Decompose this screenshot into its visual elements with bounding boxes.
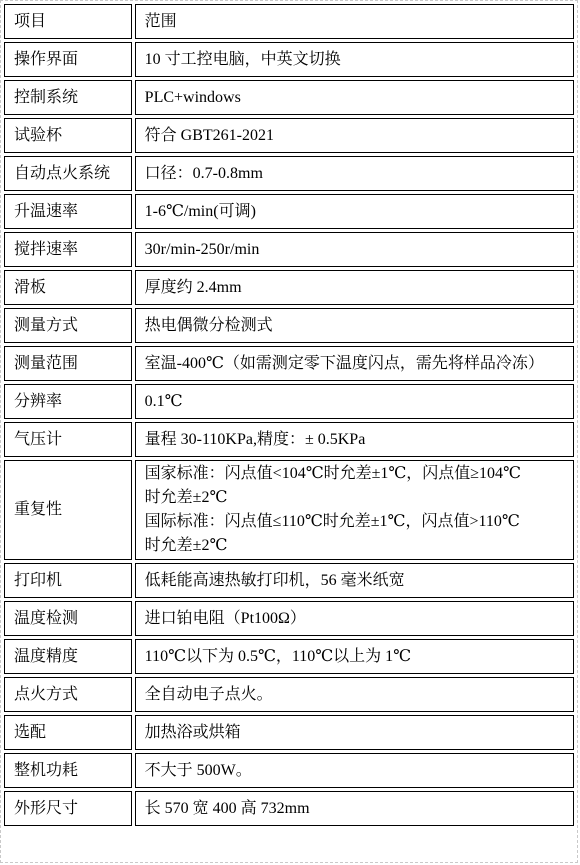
spec-value-cell: 量程 30-110KPa,精度：± 0.5KPa xyxy=(135,422,574,457)
spec-name-cell: 操作界面 xyxy=(4,42,132,77)
spec-name-cell: 打印机 xyxy=(4,563,132,598)
spec-value-cell: 10 寸工控电脑，中英文切换 xyxy=(135,42,574,77)
spec-name-cell: 整机功耗 xyxy=(4,753,132,788)
spec-name-cell: 温度检测 xyxy=(4,601,132,636)
spec-value-cell: 低耗能高速热敏打印机，56 毫米纸宽 xyxy=(135,563,574,598)
table-row: 升温速率 1-6℃/min(可调) xyxy=(4,194,574,229)
table-row: 测量方式 热电偶微分检测式 xyxy=(4,308,574,343)
spec-value-cell: 110℃以下为 0.5℃，110℃以上为 1℃ xyxy=(135,639,574,674)
table-row: 测量范围 室温-400℃（如需测定零下温度闪点，需先将样品冷冻） xyxy=(4,346,574,381)
table-row: 整机功耗 不大于 500W。 xyxy=(4,753,574,788)
table-row: 滑板 厚度约 2.4mm xyxy=(4,270,574,305)
spec-value-cell: 加热浴或烘箱 xyxy=(135,715,574,750)
spec-name-cell: 温度精度 xyxy=(4,639,132,674)
spec-value-cell: 室温-400℃（如需测定零下温度闪点，需先将样品冷冻） xyxy=(135,346,574,381)
spec-name-cell: 滑板 xyxy=(4,270,132,305)
spec-name-cell: 外形尺寸 xyxy=(4,791,132,826)
table-row: 气压计 量程 30-110KPa,精度：± 0.5KPa xyxy=(4,422,574,457)
table-row: 控制系统 PLC+windows xyxy=(4,80,574,115)
spec-value-cell: 进口铂电阻（Pt100Ω） xyxy=(135,601,574,636)
spec-name-cell: 搅拌速率 xyxy=(4,232,132,267)
spec-value-cell: 国家标准：闪点值<104℃时允差±1℃，闪点值≥104℃ 时允差±2℃ 国际标准… xyxy=(135,460,574,560)
spec-value-cell: 1-6℃/min(可调) xyxy=(135,194,574,229)
spec-name-cell: 升温速率 xyxy=(4,194,132,229)
spec-value-cell: 全自动电子点火。 xyxy=(135,677,574,712)
spec-table: 项目 范围 操作界面 10 寸工控电脑，中英文切换 控制系统 PLC+windo… xyxy=(1,1,577,829)
spec-value-cell: 厚度约 2.4mm xyxy=(135,270,574,305)
spec-value-cell: 30r/min-250r/min xyxy=(135,232,574,267)
spec-name-cell: 重复性 xyxy=(4,460,132,560)
table-row: 搅拌速率 30r/min-250r/min xyxy=(4,232,574,267)
table-row: 自动点火系统 口径：0.7-0.8mm xyxy=(4,156,574,191)
table-row: 试验杯 符合 GBT261-2021 xyxy=(4,118,574,153)
spec-name-cell: 测量范围 xyxy=(4,346,132,381)
table-row-repeatability: 重复性 国家标准：闪点值<104℃时允差±1℃，闪点值≥104℃ 时允差±2℃ … xyxy=(4,460,574,560)
spec-name-cell: 气压计 xyxy=(4,422,132,457)
spec-value-cell: 不大于 500W。 xyxy=(135,753,574,788)
table-row: 选配 加热浴或烘箱 xyxy=(4,715,574,750)
table-row: 操作界面 10 寸工控电脑，中英文切换 xyxy=(4,42,574,77)
spec-value-cell: 长 570 宽 400 高 732mm xyxy=(135,791,574,826)
spec-value-cell: 热电偶微分检测式 xyxy=(135,308,574,343)
spec-value-cell: PLC+windows xyxy=(135,80,574,115)
spec-value-cell: 0.1℃ xyxy=(135,384,574,419)
spec-name-cell: 控制系统 xyxy=(4,80,132,115)
column-header-item: 项目 xyxy=(4,4,132,39)
column-header-value: 范围 xyxy=(135,4,574,39)
spec-value-cell: 符合 GBT261-2021 xyxy=(135,118,574,153)
table-row: 打印机 低耗能高速热敏打印机，56 毫米纸宽 xyxy=(4,563,574,598)
table-row: 温度精度 110℃以下为 0.5℃，110℃以上为 1℃ xyxy=(4,639,574,674)
spec-name-cell: 分辨率 xyxy=(4,384,132,419)
table-row: 点火方式 全自动电子点火。 xyxy=(4,677,574,712)
table-header-row: 项目 范围 xyxy=(4,4,574,39)
table-row: 温度检测 进口铂电阻（Pt100Ω） xyxy=(4,601,574,636)
document-page: 项目 范围 操作界面 10 寸工控电脑，中英文切换 控制系统 PLC+windo… xyxy=(0,0,578,863)
spec-name-cell: 试验杯 xyxy=(4,118,132,153)
spec-name-cell: 自动点火系统 xyxy=(4,156,132,191)
table-row: 外形尺寸 长 570 宽 400 高 732mm xyxy=(4,791,574,826)
spec-name-cell: 测量方式 xyxy=(4,308,132,343)
spec-name-cell: 选配 xyxy=(4,715,132,750)
spec-value-cell: 口径：0.7-0.8mm xyxy=(135,156,574,191)
table-row: 分辨率 0.1℃ xyxy=(4,384,574,419)
spec-name-cell: 点火方式 xyxy=(4,677,132,712)
